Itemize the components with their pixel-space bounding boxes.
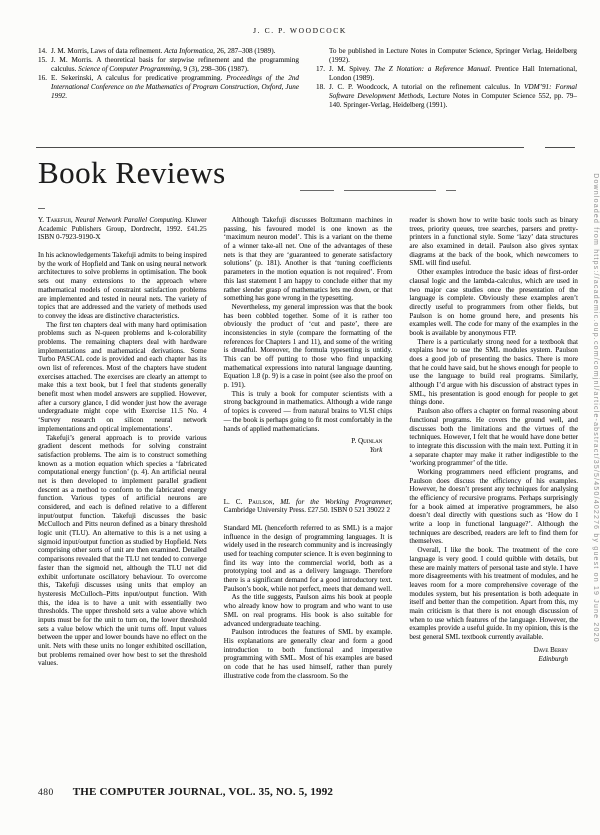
- reference-number-spacer: [316, 47, 329, 65]
- review-paragraph: Takefuji’s general approach is to provid…: [38, 434, 207, 669]
- journal-footer-line: THE COMPUTER JOURNAL, VOL. 35, NO. 5, 19…: [73, 786, 333, 798]
- reference-post: 9 (3), 298–306 (1987).: [182, 65, 249, 73]
- reference-journal-title: The Z Notation: a Reference Manual.: [374, 65, 491, 73]
- download-watermark: Downloaded from https://academic.oup.com…: [592, 173, 599, 643]
- review-column-1: Y. Takefuji, Neural Network Parallel Com…: [38, 216, 207, 680]
- review-paragraph: The first ten chapters deal with many ha…: [38, 321, 207, 434]
- reviewer-signature: P. Quinlan York: [224, 437, 383, 455]
- review-paragraph: Overall, I like the book. The treatment …: [409, 546, 578, 642]
- section-divider-rule: [36, 147, 524, 148]
- reference-text: To be published in Lecture Notes in Comp…: [329, 47, 577, 65]
- reference-item-18: 18. J. C. P. Woodcock, A tutorial on the…: [316, 83, 577, 110]
- reference-text: J. M. Morris, Laws of data refinement. A…: [51, 47, 299, 56]
- review-body: Y. Takefuji, Neural Network Parallel Com…: [38, 216, 578, 680]
- review-paragraph: This is truly a book for computer scient…: [224, 390, 393, 433]
- reference-journal-title: Science of Computer Programming,: [78, 65, 182, 73]
- section-divider-rule-segment: [545, 147, 575, 148]
- page-title: Book Reviews: [38, 155, 226, 191]
- review-column-3: reader is shown how to write basic tools…: [409, 216, 578, 680]
- book-author: Y. Takefuji,: [38, 216, 73, 224]
- reference-text: E. Sekerinski, A calculus for predicativ…: [51, 74, 299, 101]
- reference-pre: E. Sekerinski, A calculus for predicativ…: [51, 74, 226, 82]
- reference-text: J. M. Spivey. The Z Notation: a Referenc…: [329, 65, 577, 83]
- book-author: L. C. Paulson,: [224, 498, 275, 506]
- review-paragraph: Nevertheless, my general impression was …: [224, 303, 393, 390]
- reviewer-signature: Dave Berry Edinburgh: [409, 646, 568, 664]
- reference-pre: J. M. Morris, Laws of data refinement.: [51, 47, 164, 55]
- review-paragraph: Other examples introduce the basic ideas…: [409, 268, 578, 338]
- reviewer-location: Edinburgh: [409, 655, 568, 664]
- reviewer-name: P. Quinlan: [351, 437, 382, 445]
- review-column-2: Although Takefuji discusses Boltzmann ma…: [224, 216, 393, 680]
- references-column-right: To be published in Lecture Notes in Comp…: [316, 47, 577, 109]
- reference-continuation: To be published in Lecture Notes in Comp…: [316, 47, 577, 65]
- reference-item-16: 16. E. Sekerinski, A calculus for predic…: [38, 74, 299, 101]
- reference-journal-title: Acta Informatica,: [164, 47, 215, 55]
- reference-item-14: 14. J. M. Morris, Laws of data refinemen…: [38, 47, 299, 56]
- scan-artifact-rule: [300, 190, 334, 191]
- reference-number: 15.: [38, 56, 51, 74]
- review-paragraph: Paulson introduces the features of SML b…: [224, 628, 393, 680]
- reference-number: 14.: [38, 47, 51, 56]
- book-citation-paulson: L. C. Paulson, ML for the Working Progra…: [224, 498, 393, 515]
- page-number: 480: [38, 788, 54, 798]
- review-paragraph: As the title suggests, Paulson aims his …: [224, 593, 393, 628]
- reference-pre: J. M. Spivey.: [329, 65, 374, 73]
- references-list: 14. J. M. Morris, Laws of data refinemen…: [38, 47, 578, 109]
- review-paragraph: Paulson also offers a chapter on formal …: [409, 407, 578, 468]
- reference-number: 16.: [38, 74, 51, 101]
- reference-text: J. M. Morris. A theoretical basis for st…: [51, 56, 299, 74]
- scan-artifact-rule: [446, 190, 456, 191]
- reference-text: J. C. P. Woodcock, A tutorial on the ref…: [329, 83, 577, 110]
- reference-post: 26, 287–308 (1989).: [215, 47, 276, 55]
- reference-item-15: 15. J. M. Morris. A theoretical basis fo…: [38, 56, 299, 74]
- reference-pre: J. C. P. Woodcock, A tutorial on the ref…: [329, 83, 524, 91]
- review-paragraph: reader is shown how to write basic tools…: [409, 216, 578, 268]
- reviewer-name: Dave Berry: [534, 646, 568, 654]
- review-paragraph: Although Takefuji discusses Boltzmann ma…: [224, 216, 393, 303]
- reference-number: 18.: [316, 83, 329, 110]
- page-footer: 480THE COMPUTER JOURNAL, VOL. 35, NO. 5,…: [38, 782, 333, 800]
- running-head: J. C. P. WOODCOCK: [0, 26, 600, 35]
- reviewer-location: York: [224, 446, 383, 455]
- journal-page: J. C. P. WOODCOCK 14. J. M. Morris, Laws…: [0, 0, 600, 835]
- reference-item-17: 17. J. M. Spivey. The Z Notation: a Refe…: [316, 65, 577, 83]
- scan-artifact-rule: [344, 190, 436, 191]
- review-paragraph: In his acknowledgements Takefuji admits …: [38, 251, 207, 321]
- reference-number: 17.: [316, 65, 329, 83]
- references-column-left: 14. J. M. Morris, Laws of data refinemen…: [38, 47, 299, 109]
- review-paragraph: Standard ML (henceforth referred to as S…: [224, 524, 393, 594]
- book-title: Neural Network Parallel Computing.: [73, 216, 183, 224]
- book-citation-takefuji: Y. Takefuji, Neural Network Parallel Com…: [38, 216, 207, 242]
- review-paragraph: There is a particularly strong need for …: [409, 338, 578, 408]
- book-publisher: Cambridge University Press. £27.50. ISBN…: [224, 506, 390, 514]
- scan-artifact-dash: [38, 208, 45, 209]
- review-paragraph: Working programmers need efficient progr…: [409, 468, 578, 546]
- book-title: ML for the Working Programmer,: [274, 498, 392, 506]
